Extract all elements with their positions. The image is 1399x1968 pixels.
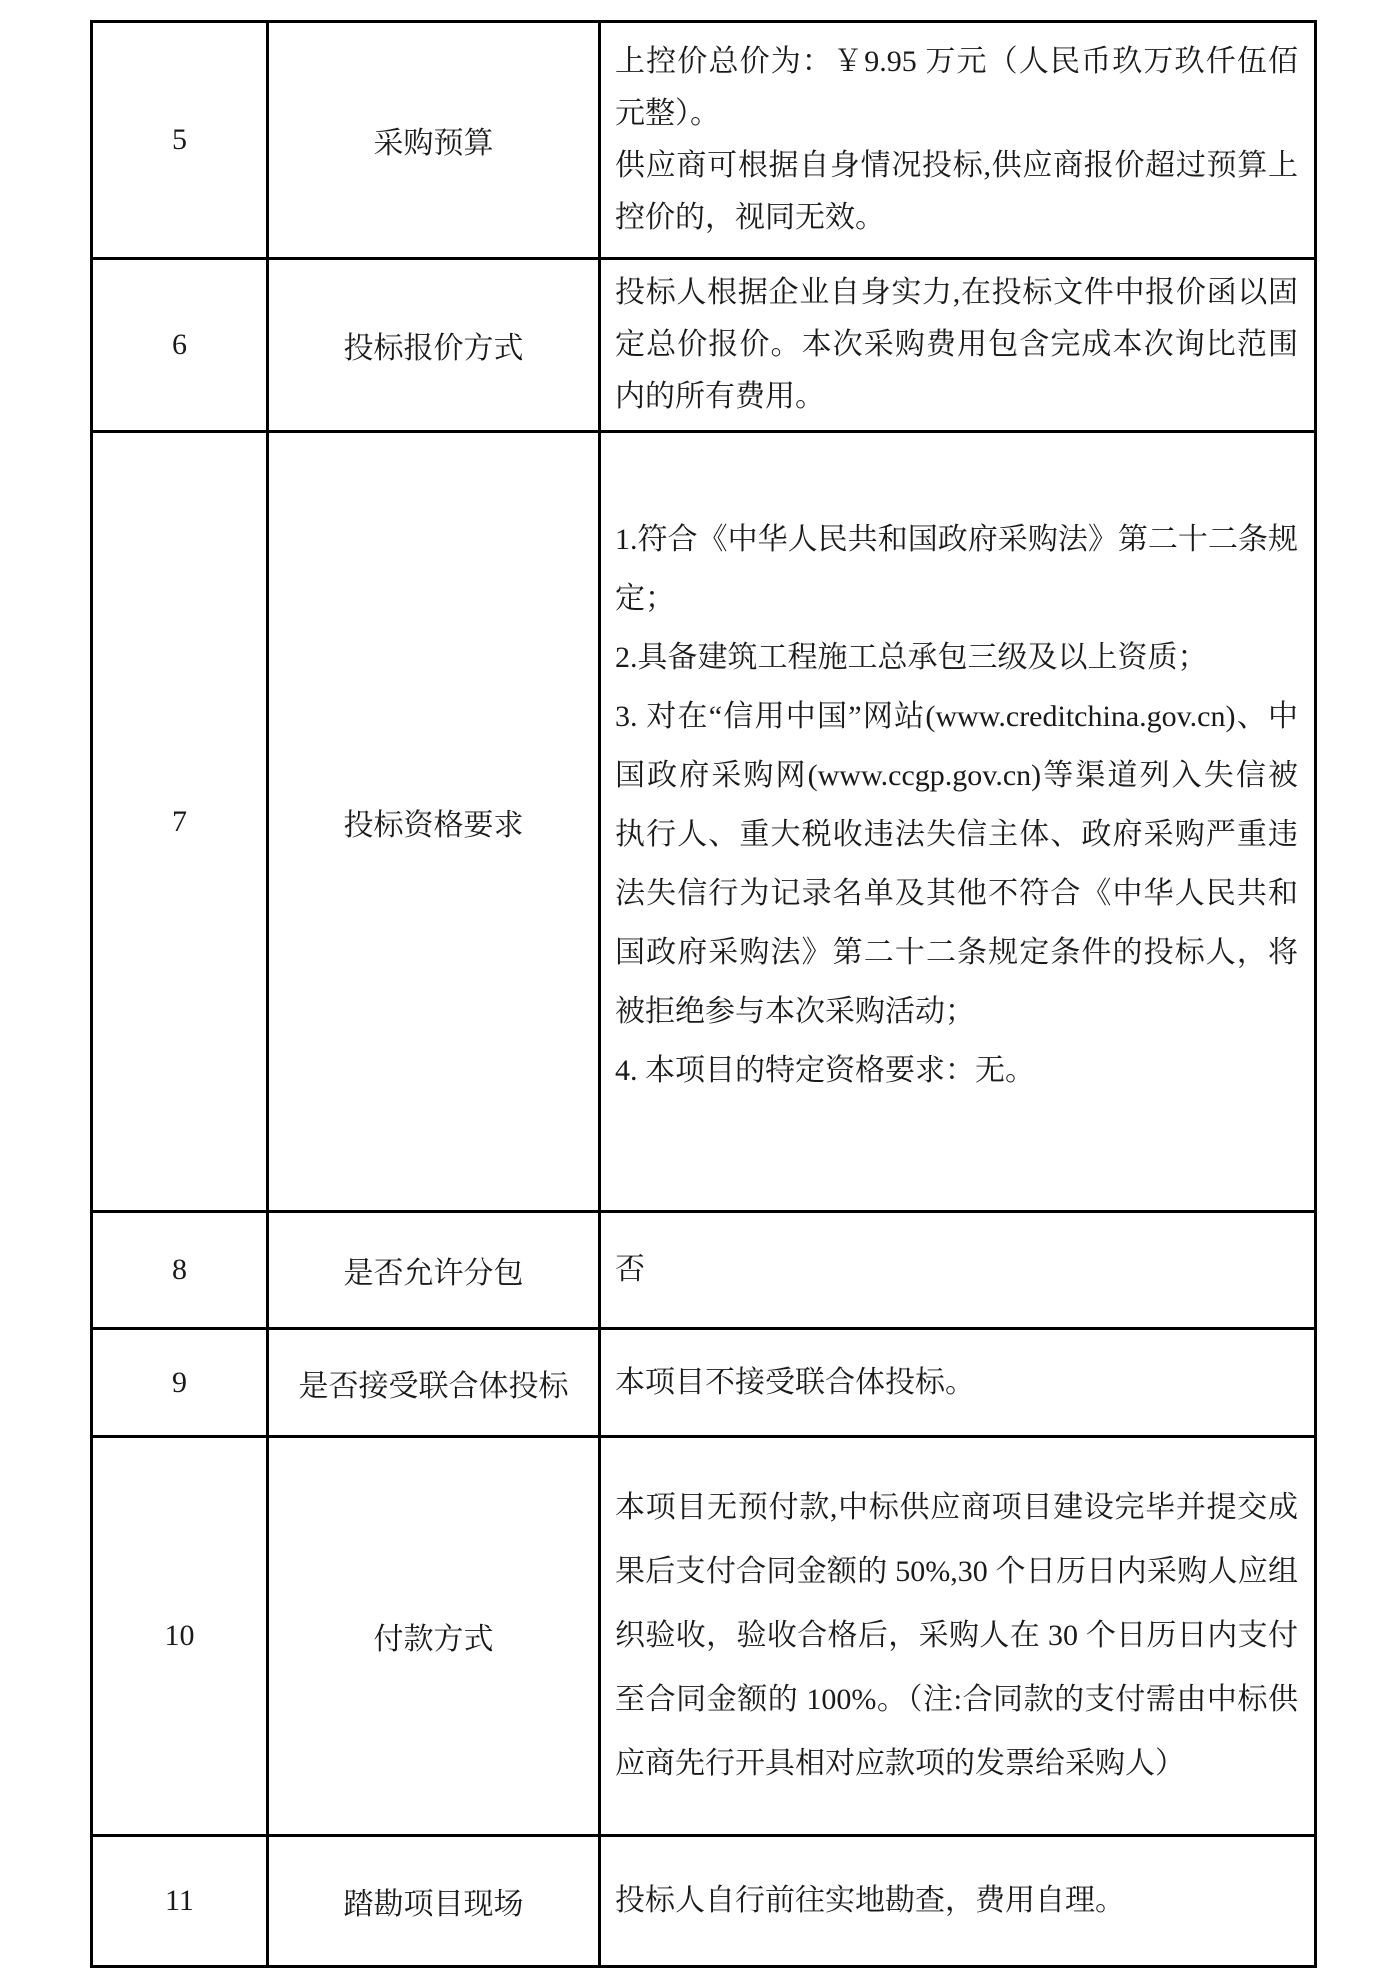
item-description-cell: 上控价总价为：￥9.95 万元（人民币玖万玖仟伍佰元整）。 供应商可根据自身情况… bbox=[600, 22, 1316, 259]
table-row: 9 是否接受联合体投标 本项目不接受联合体投标。 bbox=[92, 1329, 1316, 1437]
item-name: 踏勘项目现场 bbox=[268, 1836, 600, 1967]
row-number: 10 bbox=[92, 1437, 268, 1836]
row-number: 8 bbox=[92, 1212, 268, 1329]
content-paragraph: 投标人根据企业自身实力,在投标文件中报价函以固定总价报价。本次采购费用包含完成本… bbox=[615, 267, 1298, 423]
row-number: 9 bbox=[92, 1329, 268, 1437]
content-paragraph: 3. 对在“信用中国”网站(www.creditchina.gov.cn)、中国… bbox=[615, 687, 1298, 1041]
item-name: 投标报价方式 bbox=[268, 259, 600, 432]
content-paragraph: 投标人自行前往实地勘查，费用自理。 bbox=[615, 1880, 1298, 1922]
item-description-cell: 本项目不接受联合体投标。 bbox=[600, 1329, 1316, 1437]
table-row: 11 踏勘项目现场 投标人自行前往实地勘查，费用自理。 bbox=[92, 1836, 1316, 1967]
item-description-cell: 1.符合《中华人民共和国政府采购法》第二十二条规定； 2.具备建筑工程施工总承包… bbox=[600, 432, 1316, 1212]
item-description-cell: 投标人自行前往实地勘查，费用自理。 bbox=[600, 1836, 1316, 1967]
table-row: 6 投标报价方式 投标人根据企业自身实力,在投标文件中报价函以固定总价报价。本次… bbox=[92, 259, 1316, 432]
table-row: 8 是否允许分包 否 bbox=[92, 1212, 1316, 1329]
table-row: 10 付款方式 本项目无预付款,中标供应商项目建设完毕并提交成果后支付合同金额的… bbox=[92, 1437, 1316, 1836]
row-number: 6 bbox=[92, 259, 268, 432]
content-paragraph: 1.符合《中华人民共和国政府采购法》第二十二条规定； bbox=[615, 510, 1298, 628]
item-description-cell: 本项目无预付款,中标供应商项目建设完毕并提交成果后支付合同金额的 50%,30 … bbox=[600, 1437, 1316, 1836]
content-paragraph: 本项目无预付款,中标供应商项目建设完毕并提交成果后支付合同金额的 50%,30 … bbox=[615, 1476, 1298, 1796]
content-paragraph: 供应商可根据自身情况投标,供应商报价超过预算上控价的，视同无效。 bbox=[615, 140, 1298, 244]
content-paragraph: 上控价总价为：￥9.95 万元（人民币玖万玖仟伍佰元整）。 bbox=[615, 36, 1298, 140]
row-number: 11 bbox=[92, 1836, 268, 1967]
item-description-cell: 否 bbox=[600, 1212, 1316, 1329]
content-paragraph: 否 bbox=[615, 1249, 1298, 1291]
content-paragraph: 4. 本项目的特定资格要求：无。 bbox=[615, 1041, 1298, 1100]
item-name: 投标资格要求 bbox=[268, 432, 600, 1212]
document-page: 5 采购预算 上控价总价为：￥9.95 万元（人民币玖万玖仟伍佰元整）。 供应商… bbox=[0, 0, 1399, 1849]
table-row: 5 采购预算 上控价总价为：￥9.95 万元（人民币玖万玖仟伍佰元整）。 供应商… bbox=[92, 22, 1316, 259]
procurement-conditions-table: 5 采购预算 上控价总价为：￥9.95 万元（人民币玖万玖仟伍佰元整）。 供应商… bbox=[90, 20, 1317, 1968]
item-name: 是否允许分包 bbox=[268, 1212, 600, 1329]
row-number: 7 bbox=[92, 432, 268, 1212]
item-name: 是否接受联合体投标 bbox=[268, 1329, 600, 1437]
content-paragraph: 2.具备建筑工程施工总承包三级及以上资质； bbox=[615, 628, 1298, 687]
item-name: 付款方式 bbox=[268, 1437, 600, 1836]
item-name: 采购预算 bbox=[268, 22, 600, 259]
content-paragraph: 本项目不接受联合体投标。 bbox=[615, 1362, 1298, 1404]
table-row: 7 投标资格要求 1.符合《中华人民共和国政府采购法》第二十二条规定； 2.具备… bbox=[92, 432, 1316, 1212]
item-description-cell: 投标人根据企业自身实力,在投标文件中报价函以固定总价报价。本次采购费用包含完成本… bbox=[600, 259, 1316, 432]
row-number: 5 bbox=[92, 22, 268, 259]
